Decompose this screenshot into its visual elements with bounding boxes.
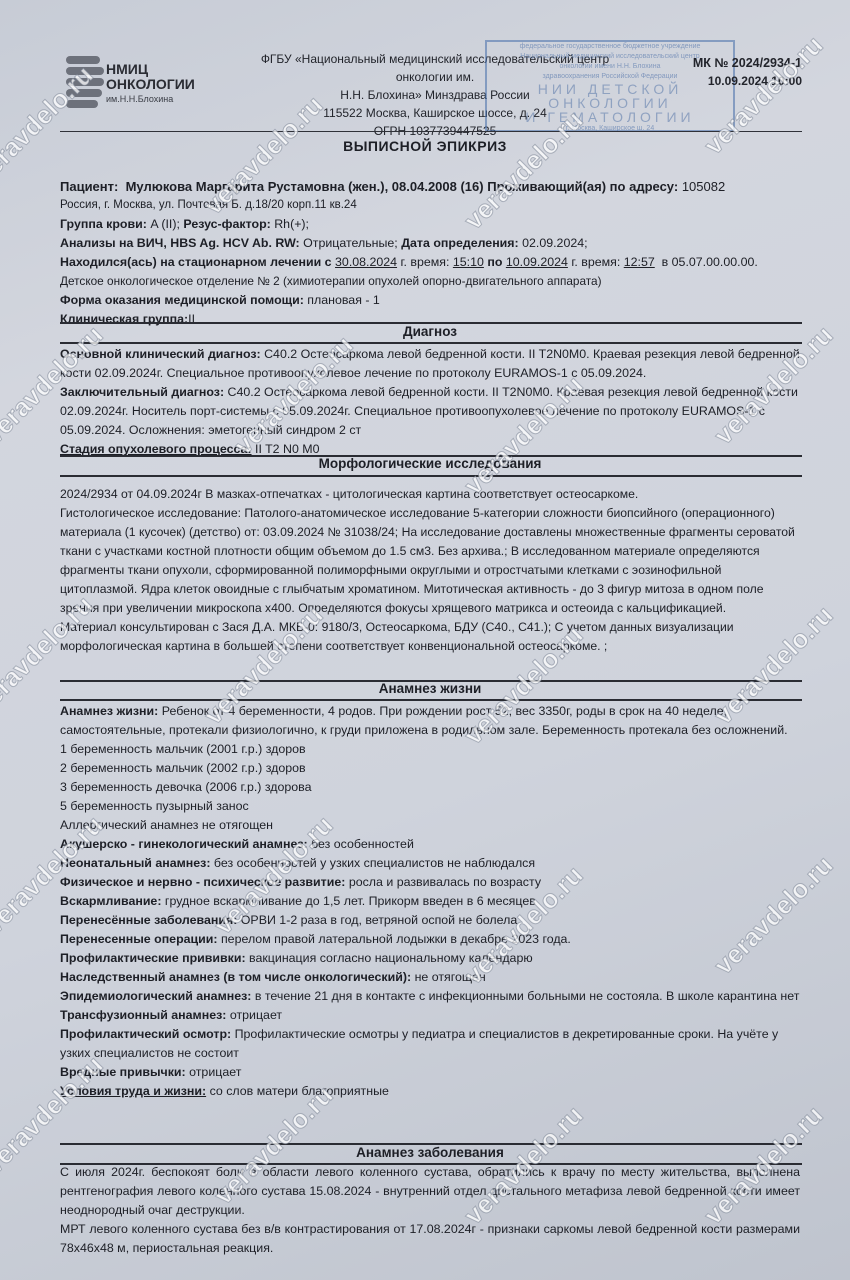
time-to: 12:57 <box>624 255 655 269</box>
anamnesis-item-value: перелом правой латеральной лодыжки в дек… <box>221 932 571 946</box>
life-anamnesis-bottom-line <box>60 699 802 701</box>
anamnesis-item-label: Неонатальный анамнез: <box>60 856 210 870</box>
anamnesis-item-label: Наследственный анамнез (в том числе онко… <box>60 970 411 984</box>
anamnesis-item: Вредные привычки: отрицает <box>60 1063 800 1082</box>
pregnancy-item: 3 беременность девочка (2006 г.р.) здоро… <box>60 778 800 797</box>
life-intro-text: Ребенок от 4 беременности, 4 родов. При … <box>60 704 788 737</box>
anamnesis-item-label: Профилактический осмотр: <box>60 1027 231 1041</box>
care-form-label: Форма оказания медицинской помощи: <box>60 293 304 307</box>
diagnosis-bottom-line <box>60 342 802 344</box>
stay-label: Находился(ась) на стационарном лечении с <box>60 255 332 269</box>
anamnesis-item-value: ОРВИ 1-2 раза в год, ветряной оспой не б… <box>241 913 517 927</box>
anamnesis-item-value: со слов матери благоприятные <box>210 1084 389 1098</box>
life-anamnesis-section: Анамнез жизни: Ребенок от 4 беременности… <box>60 702 800 1101</box>
morphology-cytology: 2024/2934 от 04.09.2024г В мазках-отпеча… <box>60 485 800 504</box>
anamnesis-item-label: Профилактические прививки: <box>60 951 246 965</box>
record-info: МК № 2024/2934-1 10.09.2024 10:00 <box>693 54 802 90</box>
anamnesis-item-label: Акушерско - гинекологический анамнез: <box>60 837 308 851</box>
anamnesis-item: Неонатальный анамнез: без особенностей у… <box>60 854 800 873</box>
care-form-value: плановая - 1 <box>307 293 380 307</box>
patient-name: Мулюкова Маргарита Рустамовна (жен.), 08… <box>126 179 484 194</box>
header-divider <box>60 131 802 132</box>
department: Детское онкологическое отделение № 2 (хи… <box>60 274 602 288</box>
anamnesis-item-label: Трансфузионный анамнез: <box>60 1008 226 1022</box>
anamnesis-item: Физическое и нервно - психическое развит… <box>60 873 800 892</box>
morphology-title: Морфологические исследования <box>60 456 800 471</box>
anamnesis-item-value: вакцинация согласно национальному календ… <box>249 951 533 965</box>
to-label: по <box>487 255 502 269</box>
stay-from: 30.08.2024 <box>335 255 397 269</box>
main-diagnosis-label: Основной клинический диагноз: <box>60 347 261 361</box>
allergy-anamnesis: Аллергический анамнез не отягощен <box>60 816 800 835</box>
anamnesis-item-value: без особенностей у узких специалистов не… <box>214 856 535 870</box>
pregnancy-item: 2 беременность мальчик (2002 г.р.) здоро… <box>60 759 800 778</box>
stamp-line-1: федеральное государственное бюджетное уч… <box>487 42 733 52</box>
anamnesis-item-label: Перенесенные операции: <box>60 932 218 946</box>
tests-value: Отрицательные; <box>303 236 398 250</box>
rh-value: Rh(+); <box>274 217 309 231</box>
final-diagnosis-label: Заключительный диагноз: <box>60 385 224 399</box>
morphology-consultation: Материал консультирован с Зася Д.А. МКБ-… <box>60 618 800 656</box>
stamp-address: г. Москва, Каширское ш. 24 <box>487 124 733 134</box>
anamnesis-item-label: Вскармливание: <box>60 894 161 908</box>
pregnancy-item: 1 беременность мальчик (2001 г.р.) здоро… <box>60 740 800 759</box>
anamnesis-item: Профилактические прививки: вакцинация со… <box>60 949 800 968</box>
document-title: ВЫПИСНОЙ ЭПИКРИЗ <box>0 138 850 154</box>
anamnesis-item: Перенесенные операции: перелом правой ла… <box>60 930 800 949</box>
morphology-bottom-line <box>60 475 802 477</box>
morphology-section: 2024/2934 от 04.09.2024г В мазках-отпеча… <box>60 485 800 656</box>
life-intro-label: Анамнез жизни: <box>60 704 158 718</box>
tests-date: 02.09.2024; <box>522 236 587 250</box>
logo-coil-icon <box>66 56 106 114</box>
anamnesis-item-label: Перенесённые заболевания: <box>60 913 237 927</box>
blood-group-label: Группа крови: <box>60 217 147 231</box>
time-label-2: г. время: <box>571 255 620 269</box>
address-label: Проживающий(ая) по адресу: <box>487 179 678 194</box>
stay-to: 10.09.2024 <box>506 255 568 269</box>
stage-label: Стадия опухолевого процесса: <box>60 442 252 456</box>
anamnesis-item: Условия труда и жизни: со слов матери бл… <box>60 1082 800 1101</box>
diagnosis-section: Основной клинический диагноз: C40.2 Осте… <box>60 345 800 459</box>
stamp-big-line-2: И ГЕМАТОЛОГИИ <box>487 110 733 124</box>
life-anamnesis-items: Акушерско - гинекологический анамнез: бе… <box>60 835 800 1101</box>
diagnosis-title: Диагноз <box>60 324 800 339</box>
stay-suffix: в 05.07.00.00.00. <box>662 255 758 269</box>
anamnesis-item-value: не отягощен <box>415 970 486 984</box>
anamnesis-item: Трансфузионный анамнез: отрицает <box>60 1006 800 1025</box>
address-index: 105082 <box>682 179 725 194</box>
logo-line-3: им.Н.Н.Блохина <box>106 94 195 104</box>
patient-address: Россия, г. Москва, ул. Почтовая Б. д.18/… <box>60 199 357 211</box>
anamnesis-item-label: Физическое и нервно - психическое развит… <box>60 875 345 889</box>
document-page: НМИЦ ОНКОЛОГИИ им.Н.Н.Блохина ФГБУ «Наци… <box>0 0 850 1280</box>
institution-logo: НМИЦ ОНКОЛОГИИ им.Н.Н.Блохина <box>66 52 236 124</box>
anamnesis-item-value: отрицает <box>230 1008 282 1022</box>
patient-info: Пациент: Мулюкова Маргарита Рустамовна (… <box>60 177 800 329</box>
anamnesis-item-value: грудное вскармливание до 1,5 лет. Прикор… <box>165 894 536 908</box>
pregnancy-item: 5 беременность пузырный занос <box>60 797 800 816</box>
document-header: НМИЦ ОНКОЛОГИИ им.Н.Н.Блохина ФГБУ «Наци… <box>60 40 820 130</box>
anamnesis-item: Профилактический осмотр: Профилактически… <box>60 1025 800 1063</box>
anamnesis-item: Перенесённые заболевания: ОРВИ 1-2 раза … <box>60 911 800 930</box>
anamnesis-item-value: росла и развивалась по возрасту <box>349 875 541 889</box>
anamnesis-item: Акушерско - гинекологический анамнез: бе… <box>60 835 800 854</box>
anamnesis-item-label: Эпидемиологический анамнез: <box>60 989 251 1003</box>
tests-label: Анализы на ВИЧ, HBS Ag. HCV Ab. RW: <box>60 236 300 250</box>
logo-line-1: НМИЦ <box>106 62 195 77</box>
anamnesis-item-label: Вредные привычки: <box>60 1065 186 1079</box>
patient-label: Пациент: <box>60 179 118 194</box>
anamnesis-item-label: Условия труда и жизни: <box>60 1084 206 1098</box>
rh-label: Резус-фактор: <box>183 217 270 231</box>
anamnesis-item-value: отрицает <box>189 1065 241 1079</box>
anamnesis-item: Эпидемиологический анамнез: в течение 21… <box>60 987 800 1006</box>
disease-anamnesis-title: Анамнез заболевания <box>60 1145 800 1160</box>
disease-anamnesis-history: С июля 2024г. беспокоят боли в области л… <box>60 1163 800 1220</box>
morphology-histology: Гистологическое исследование: Патолого-а… <box>60 504 800 618</box>
anamnesis-item: Вскармливание: грудное вскармливание до … <box>60 892 800 911</box>
record-datetime: 10.09.2024 10:00 <box>693 72 802 90</box>
life-anamnesis-title: Анамнез жизни <box>60 681 800 696</box>
tests-date-label: Дата определения: <box>401 236 518 250</box>
anamnesis-item-value: без особенностей <box>311 837 414 851</box>
time-from: 15:10 <box>453 255 484 269</box>
logo-line-2: ОНКОЛОГИИ <box>106 77 195 92</box>
record-number: МК № 2024/2934-1 <box>693 54 802 72</box>
blood-group-value: A (II); <box>150 217 180 231</box>
disease-anamnesis-section: С июля 2024г. беспокоят боли в области л… <box>60 1163 800 1258</box>
disease-anamnesis-mri: МРТ левого коленного сустава без в/в кон… <box>60 1220 800 1258</box>
time-label: г. время: <box>401 255 450 269</box>
stage-value: II T2 N0 M0 <box>255 442 320 456</box>
anamnesis-item: Наследственный анамнез (в том числе онко… <box>60 968 800 987</box>
anamnesis-item-value: в течение 21 дня в контакте с инфекционн… <box>255 989 800 1003</box>
